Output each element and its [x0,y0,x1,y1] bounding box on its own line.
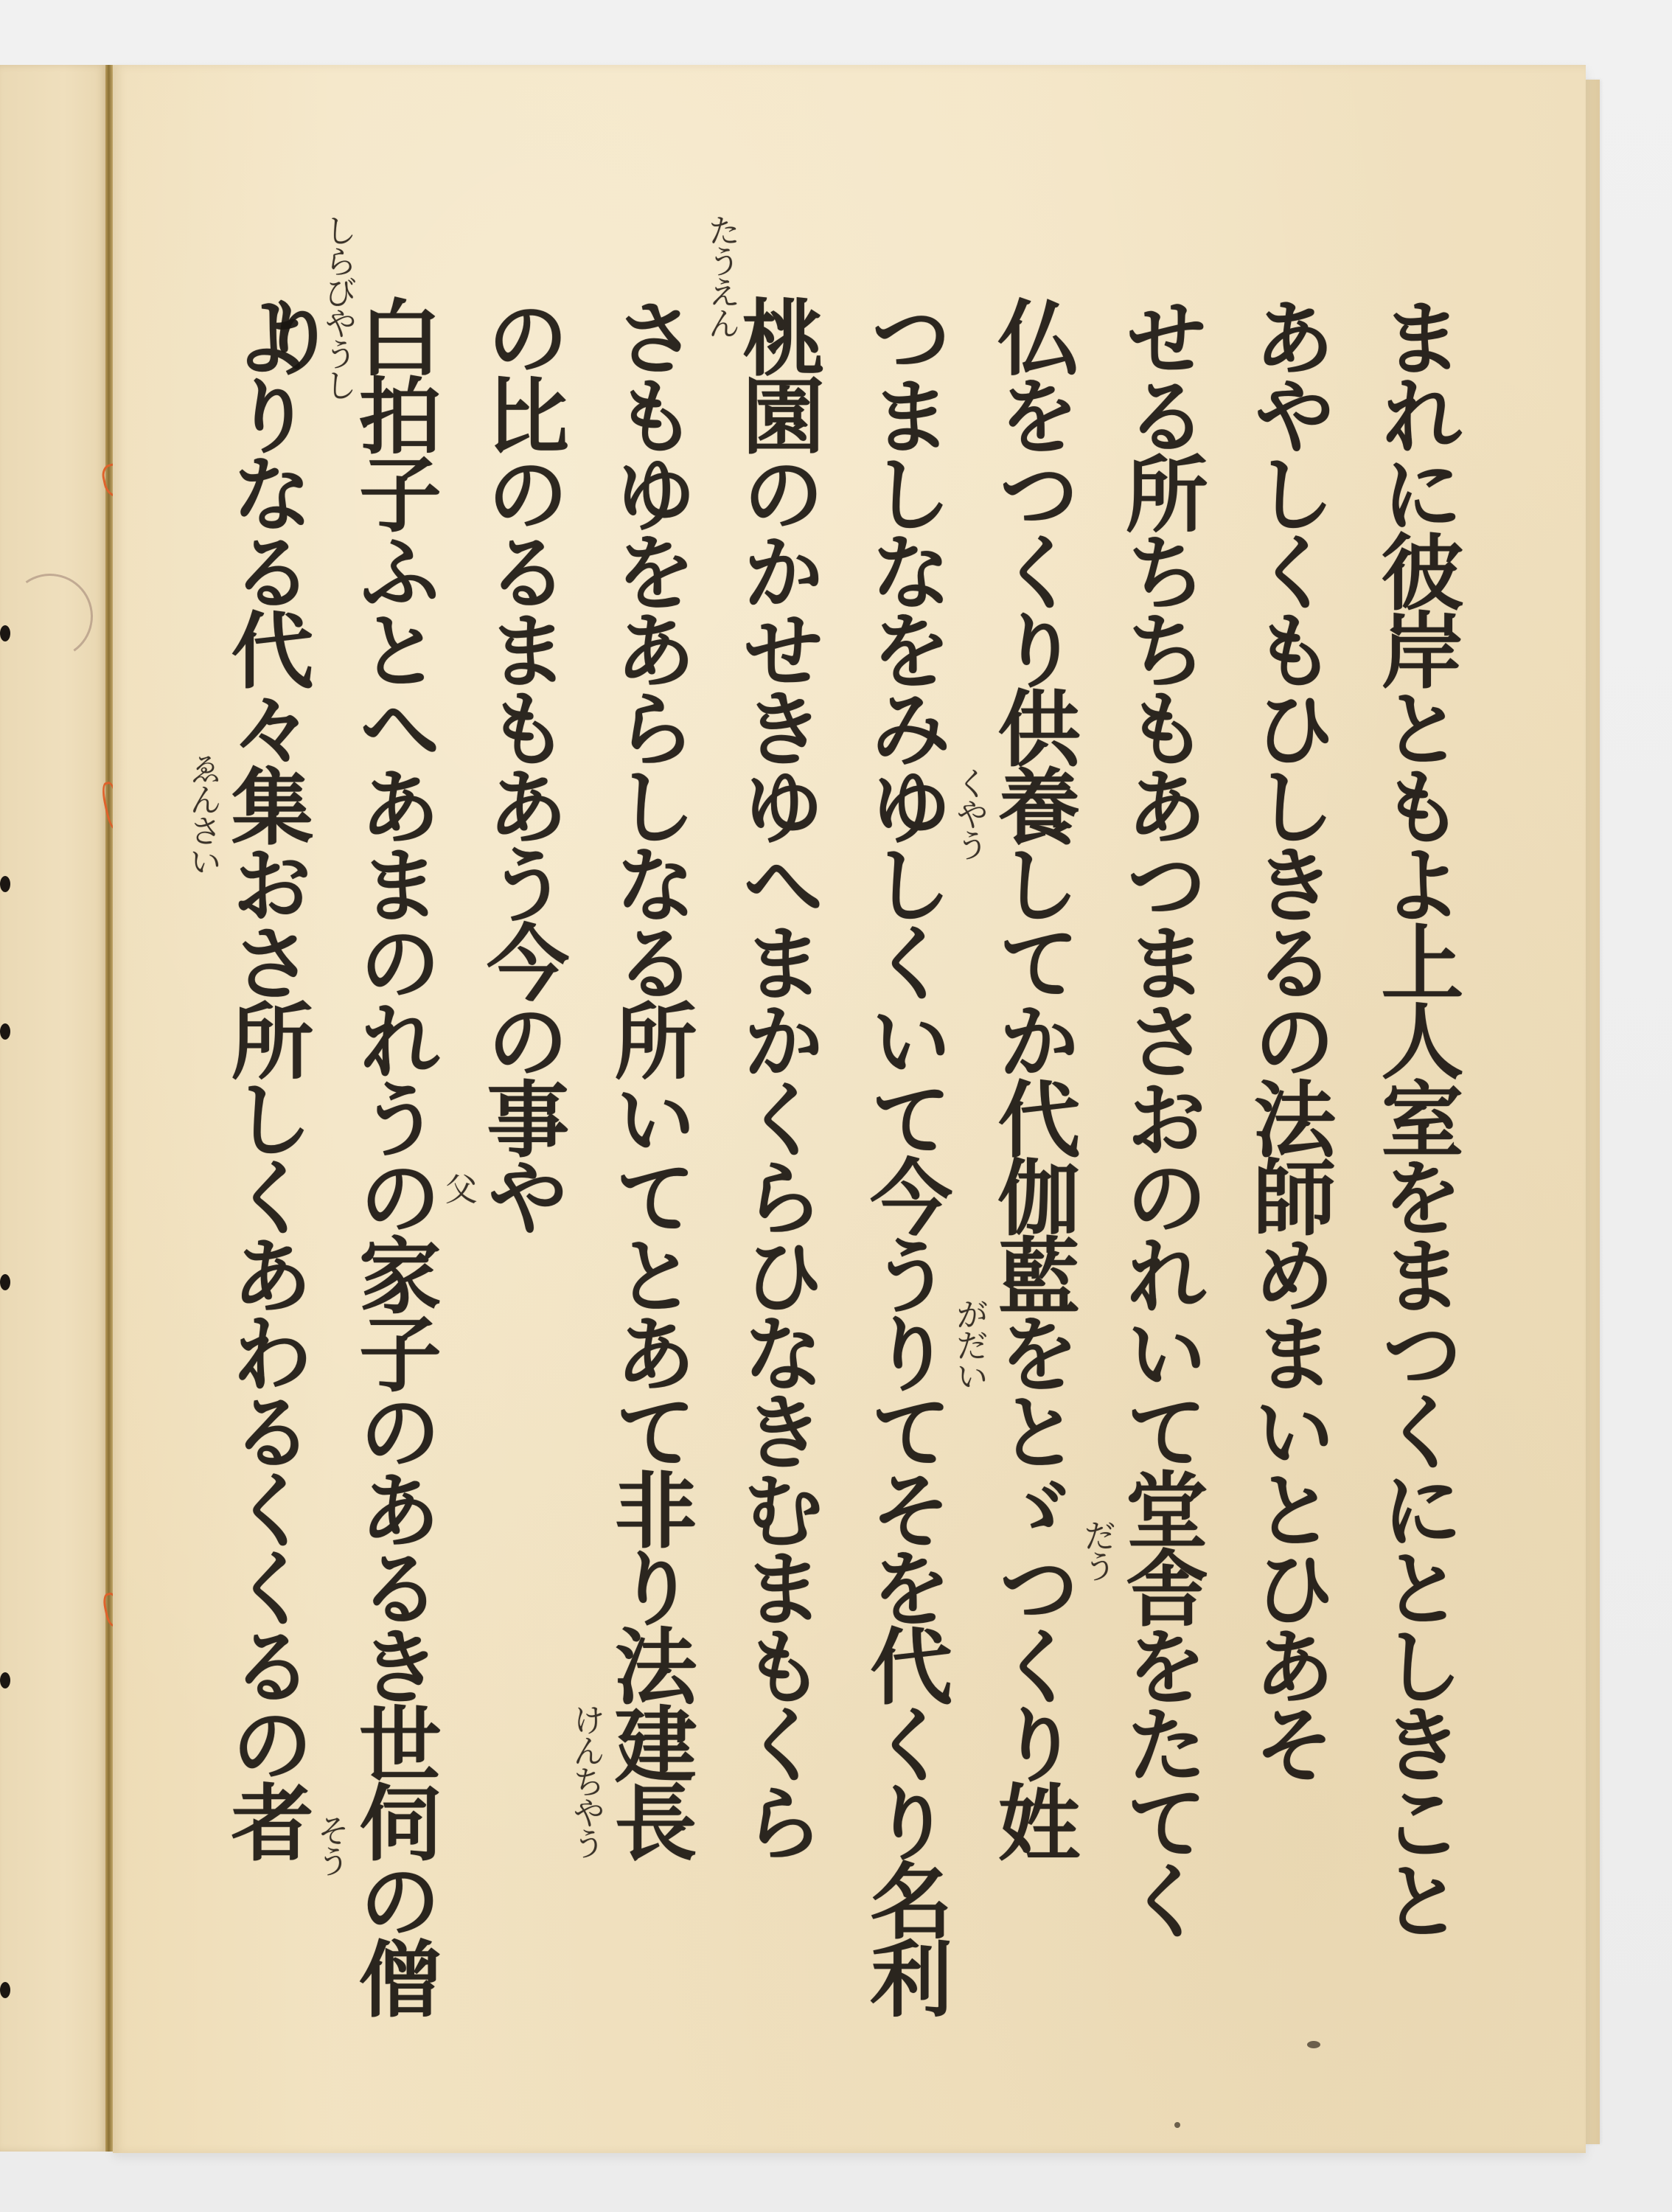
text-column-1: まれに彼岸ともよ上人室をまつくにとしきこと [1364,295,1467,2065]
text-column-4: 仏をつくり供養してか代伽藍をとゞつくり姓 くやう がだい [980,295,1084,2065]
facing-page-ink-stroke [0,876,10,892]
furigana-sou: そう [312,1814,347,1876]
furigana-kenchiyau: けんちやう [568,1703,603,1858]
column-text: さもゆをあらしなる所いてとあて非り法建長 [597,295,700,2065]
ink-spot [1174,2122,1180,2128]
furigana-shirabyaushi: しらびやうし [319,214,355,400]
furigana-dau: だう [1079,1519,1114,1581]
text-column-6: 桃園のかせきゆへまかくらひなきむまもくら たうえん [725,295,828,2065]
text-column-7: さもゆをあらしなる所いてとあて非り法建長 けんちやう [597,295,700,2065]
facing-page-faint-arc [1,567,100,666]
facing-page-ink-stroke [0,1274,10,1290]
text-column-2: あやしくもひしきるの法師めまいとひあそ [1236,295,1340,2065]
text-column-8: の比のるまもあう今の事や 父 [470,295,573,2065]
column-text: の比のるまもあう今の事や [470,295,573,2065]
furigana-kuyau: くやう [951,767,986,860]
text-column-5: つましなをみゆしくいて今うりてそを代くり名利 [853,295,956,2065]
facing-page-ink-stroke [0,1023,10,1040]
text-columns: まれに彼岸ともよ上人室をまつくにとしきこと あやしくもひしきるの法師めまいとひあ… [214,295,1467,2065]
column-text: あやしくもひしきるの法師めまいとひあそ [1236,295,1340,2065]
furigana-gadai: がだい [951,1298,986,1391]
furigana-wensai: ゑんさい [184,752,220,876]
annotation-chichi: 父 [440,1172,476,1203]
column-text: せる所ちちもあつまさおのれいて堂舎をたてく [1108,295,1211,2065]
facing-page [0,65,107,2152]
text-column-3: せる所ちちもあつまさおのれいて堂舎をたてく だう [1108,295,1211,2065]
underlying-page-edge [1584,80,1600,2144]
text-column-9: 白拍子ふとへあまのれうの家子のあるき世伺の僧り しらびやうし そう [341,295,445,2065]
column-text: 桃園のかせきゆへまかくらひなきむまもくら [725,295,828,2065]
column-text: 仏をつくり供養してか代伽藍をとゞつくり姓 [980,295,1084,2065]
facing-page-ink-stroke [0,1982,10,1998]
column-text: まれに彼岸ともよ上人室をまつくにとしきこと [1364,295,1467,2065]
facing-page-ink-stroke [0,1672,10,1688]
column-text: よりなる代々集おさ所しくあわるくくるの者 [214,295,317,2065]
column-text: つましなをみゆしくいて今うりてそを代くり名利 [853,295,956,2065]
furigana-tauen: たうえん [703,214,738,338]
text-column-10: よりなる代々集おさ所しくあわるくくるの者 ゑんさい [214,295,317,2065]
book-spine [105,65,113,2152]
